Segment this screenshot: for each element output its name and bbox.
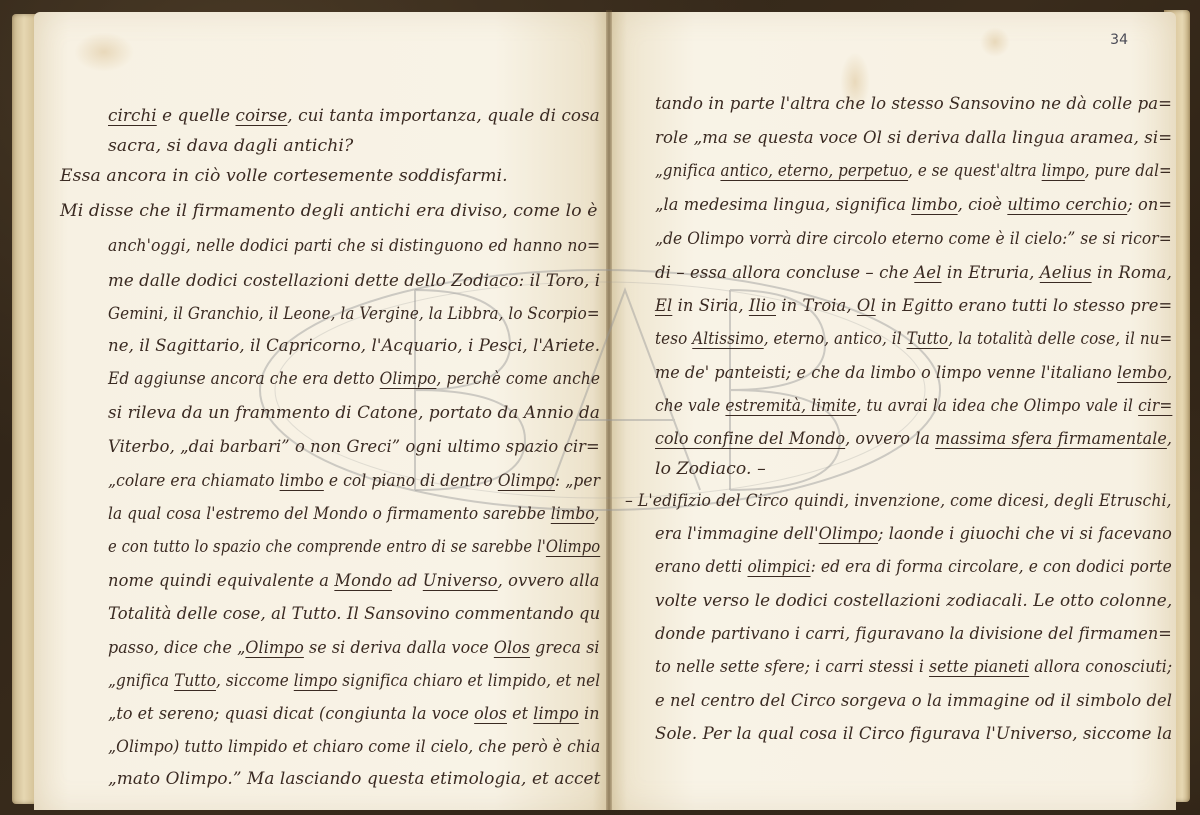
text-run: nome quindi equivalente a xyxy=(108,571,334,591)
underlined-word: Ael xyxy=(914,263,941,283)
text-run: teso xyxy=(655,329,692,349)
manuscript-line: Gemini, il Granchio, il Leone, la Vergin… xyxy=(108,299,600,329)
text-run: ; on= xyxy=(1127,195,1172,215)
text-run: greca si xyxy=(530,638,600,658)
underlined-word: Olimpo xyxy=(819,524,878,544)
text-run: , ovvero alla xyxy=(498,571,600,591)
underlined-word: Tutto xyxy=(907,329,949,349)
manuscript-line: Sole. Per la qual cosa il Circo figurava… xyxy=(655,719,1172,749)
manuscript-line: sacra, si dava dagli antichi? xyxy=(108,131,353,161)
text-run: la qual cosa l'estremo del Mondo o firma… xyxy=(108,504,551,524)
underlined-word: Olimpo xyxy=(498,471,555,491)
text-run: me dalle dodici costellazioni dette dell… xyxy=(108,271,600,291)
text-run: , e se quest'altra xyxy=(908,161,1042,181)
manuscript-line: si rileva da un frammento di Catone, por… xyxy=(108,398,600,428)
text-run: allora conosciuti; xyxy=(1029,657,1172,677)
manuscript-line: tando in parte l'altra che lo stesso San… xyxy=(655,89,1172,119)
underlined-word: Aelius xyxy=(1040,263,1092,283)
text-run: Ed aggiunse ancora che era detto xyxy=(108,369,380,389)
text-run: sacra, si dava dagli antichi? xyxy=(108,136,353,156)
text-run: „mato Olimpo.” Ma lasciando questa etimo… xyxy=(108,769,600,789)
manuscript-line: la qual cosa l'estremo del Mondo o firma… xyxy=(108,499,600,529)
text-run: me de' panteisti; e che da limbo o limpo… xyxy=(655,363,1117,383)
text-run: e con tutto lo spazio che comprende entr… xyxy=(108,537,546,557)
text-run: : ed era di forma circolare, e con dodic… xyxy=(811,557,1172,577)
underlined-word: ultimo cerchio xyxy=(1007,195,1127,215)
underlined-word: cir= xyxy=(1138,396,1172,416)
text-run: significa chiaro et limpido, et nel xyxy=(337,671,600,691)
text-run: et xyxy=(507,704,533,724)
underlined-word: limpo xyxy=(294,671,338,691)
manuscript-line: circhi e quelle coirse, cui tanta import… xyxy=(108,101,600,131)
text-run: volte verso le dodici costellazioni zodi… xyxy=(655,591,1172,611)
manuscript-line: „mato Olimpo.” Ma lasciando questa etimo… xyxy=(108,764,600,794)
underlined-word: coirse xyxy=(235,106,287,126)
underlined-word: Ilio xyxy=(749,296,776,316)
text-run: anch'oggi, nelle dodici parti che si dis… xyxy=(108,236,600,256)
manuscript-line: e con tutto lo spazio che comprende entr… xyxy=(108,532,600,562)
manuscript-line: passo, dice che „Olimpo se si deriva dal… xyxy=(108,633,600,663)
manuscript-line: „la medesima lingua, significa limbo, ci… xyxy=(655,190,1172,220)
manuscript-line: role „ma se questa voce Ol si deriva dal… xyxy=(655,123,1172,153)
manuscript-line: me de' panteisti; e che da limbo o limpo… xyxy=(655,358,1172,388)
underlined-word: Tutto xyxy=(174,671,216,691)
manuscript-line: Totalità delle cose, al Tutto. Il Sansov… xyxy=(108,599,600,629)
underlined-word: olos xyxy=(474,704,507,724)
manuscript-line: „colare era chiamato limbo e col piano d… xyxy=(108,466,600,496)
text-run: tando in parte l'altra che lo stesso San… xyxy=(655,94,1172,114)
manuscript-line: Viterbo, „dai barbari” o non Greci” ogni… xyxy=(108,432,600,462)
underlined-word: colo confine del Mondo xyxy=(655,429,845,449)
text-run: , la totalità delle cose, il nu= xyxy=(948,329,1172,349)
text-run: ne, il Sagittario, il Capricorno, l'Acqu… xyxy=(108,336,600,356)
manuscript-line: che vale estremità, limite, tu avrai la … xyxy=(655,391,1172,421)
manuscript-line: „to et sereno; quasi dicat (congiunta la… xyxy=(108,699,600,729)
manuscript-line: Essa ancora in ciò volle cortesemente so… xyxy=(60,161,508,191)
underlined-word: limbo xyxy=(280,471,324,491)
manuscript-line: e nel centro del Circo sorgeva o la imma… xyxy=(655,686,1172,716)
underlined-word: circhi xyxy=(108,106,157,126)
underlined-word: Olos xyxy=(494,638,530,658)
open-book: 34 circhi e quelle coirse, cui tanta imp… xyxy=(0,0,1200,815)
underlined-word: massima sfera firmamentale xyxy=(935,429,1167,449)
underlined-word: Ol xyxy=(857,296,876,316)
text-run: in Egitto erano tutti lo stesso pre= xyxy=(876,296,1173,316)
text-run: se si deriva dalla voce xyxy=(304,638,494,658)
text-run: „de Olimpo vorrà dire circolo eterno com… xyxy=(655,229,1172,249)
underlined-word: olimpici xyxy=(747,557,810,577)
manuscript-line: – L'edifizio del Circo quindi, invenzion… xyxy=(625,486,1172,516)
underlined-word: limpo xyxy=(1042,161,1085,181)
text-run: che vale xyxy=(655,396,725,416)
manuscript-line: me dalle dodici costellazioni dette dell… xyxy=(108,266,600,296)
text-run: , cioè xyxy=(958,195,1008,215)
underlined-word: Olimpo xyxy=(245,638,303,658)
text-run: ad xyxy=(392,571,423,591)
manuscript-line: „de Olimpo vorrà dire circolo eterno com… xyxy=(655,224,1172,254)
underlined-word: sette pianeti xyxy=(929,657,1029,677)
text-run: in Troia, xyxy=(776,296,857,316)
text-run: passo, dice che „ xyxy=(108,638,245,658)
manuscript-line: teso Altissimo, eterno, antico, il Tutto… xyxy=(655,324,1172,354)
underlined-word: limpo xyxy=(533,704,579,724)
text-run: , siccome xyxy=(216,671,294,691)
text-run: , ovvero la xyxy=(845,429,935,449)
text-run: si rileva da un frammento di Catone, por… xyxy=(108,403,600,423)
text-run: in Siria, xyxy=(672,296,749,316)
paper-stain xyxy=(74,32,134,72)
text-run: , pure dal= xyxy=(1085,161,1172,181)
text-run: Totalità delle cose, al Tutto. Il Sansov… xyxy=(108,604,600,624)
underlined-word: lembo xyxy=(1117,363,1167,383)
text-run: : „per xyxy=(555,471,600,491)
text-run: „colare era chiamato xyxy=(108,471,280,491)
text-run: Gemini, il Granchio, il Leone, la Vergin… xyxy=(108,304,600,324)
text-run: „to et sereno; quasi dicat (congiunta la… xyxy=(108,704,474,724)
text-run: e nel centro del Circo sorgeva o la imma… xyxy=(655,691,1172,711)
manuscript-line: volte verso le dodici costellazioni zodi… xyxy=(655,586,1172,616)
text-run: Viterbo, „dai barbari” o non Greci” ogni… xyxy=(108,437,600,457)
text-run: di – essa allora concluse – che xyxy=(655,263,914,283)
manuscript-line: Ed aggiunse ancora che era detto Olimpo,… xyxy=(108,364,600,394)
text-run: Essa ancora in ciò volle cortesemente so… xyxy=(60,166,508,186)
underlined-word: Altissimo xyxy=(692,329,763,349)
text-run: to nelle sette sfere; i carri stessi i xyxy=(655,657,929,677)
text-run: , xyxy=(1167,363,1172,383)
text-run: e quelle xyxy=(157,106,236,126)
manuscript-line: erano detti olimpici: ed era di forma ci… xyxy=(655,552,1172,582)
text-run: lo Zodiaco. – xyxy=(655,459,766,479)
manuscript-line: to nelle sette sfere; i carri stessi i s… xyxy=(655,652,1172,682)
text-run: role „ma se questa voce Ol si deriva dal… xyxy=(655,128,1172,148)
underlined-word: Olimpo xyxy=(380,369,437,389)
page-number: 34 xyxy=(1110,32,1128,48)
text-run: , perchè come anche xyxy=(436,369,600,389)
manuscript-line: lo Zodiaco. – xyxy=(655,454,766,484)
manuscript-line: colo confine del Mondo, ovvero la massim… xyxy=(655,424,1172,454)
manuscript-line: „gnifica Tutto, siccome limpo significa … xyxy=(108,666,600,696)
text-run: „gnifica xyxy=(655,161,720,181)
manuscript-line: anch'oggi, nelle dodici parti che si dis… xyxy=(108,231,600,261)
underlined-word: Olimpo xyxy=(546,537,600,557)
text-run: in Etruria, xyxy=(942,263,1040,283)
underlined-word: Universo xyxy=(423,571,498,591)
text-run: e col piano di dentro xyxy=(324,471,498,491)
book-gutter xyxy=(606,10,612,810)
manuscript-line: era l'immagine dell'Olimpo; laonde i giu… xyxy=(655,519,1172,549)
text-run: – L'edifizio del Circo quindi, invenzion… xyxy=(625,491,1172,511)
underlined-word: estremità, limite xyxy=(725,396,856,416)
text-run: , cui tanta importanza, quale di cosa xyxy=(287,106,600,126)
paper-stain xyxy=(980,27,1010,57)
underlined-word: limbo xyxy=(551,504,595,524)
text-run: „gnifica xyxy=(108,671,174,691)
text-run: , tu avrai la idea che Olimpo vale il xyxy=(856,396,1138,416)
manuscript-line: ne, il Sagittario, il Capricorno, l'Acqu… xyxy=(108,331,600,361)
text-run: donde partivano i carri, figuravano la d… xyxy=(655,624,1172,644)
underlined-word: limbo xyxy=(911,195,957,215)
text-run: era l'immagine dell' xyxy=(655,524,819,544)
manuscript-line: donde partivano i carri, figuravano la d… xyxy=(655,619,1172,649)
text-run: Sole. Per la qual cosa il Circo figurava… xyxy=(655,724,1172,744)
text-run: in Roma, xyxy=(1092,263,1172,283)
manuscript-line: El in Siria, Ilio in Troia, Ol in Egitto… xyxy=(655,291,1172,321)
text-run: „Olimpo) tutto limpido et chiaro come il… xyxy=(108,737,600,757)
text-run: , xyxy=(1167,429,1172,449)
manuscript-line: di – essa allora concluse – che Ael in E… xyxy=(655,258,1172,288)
text-run: , xyxy=(595,504,600,524)
manuscript-line: Mi disse che il firmamento degli antichi… xyxy=(60,196,598,226)
text-run: „la medesima lingua, significa xyxy=(655,195,911,215)
manuscript-line: „gnifica antico, eterno, perpetuo, e se … xyxy=(655,156,1172,186)
manuscript-line: nome quindi equivalente a Mondo ad Unive… xyxy=(108,566,600,596)
text-run: , eterno, antico, il xyxy=(764,329,907,349)
text-run: ; laonde i giuochi che vi si facevano xyxy=(878,524,1172,544)
text-run: erano detti xyxy=(655,557,747,577)
underlined-word: Mondo xyxy=(334,571,392,591)
text-run: in xyxy=(579,704,600,724)
underlined-word: El xyxy=(655,296,672,316)
text-run: Mi disse che il firmamento degli antichi… xyxy=(60,201,598,221)
underlined-word: antico, eterno, perpetuo xyxy=(720,161,908,181)
manuscript-line: „Olimpo) tutto limpido et chiaro come il… xyxy=(108,732,600,762)
